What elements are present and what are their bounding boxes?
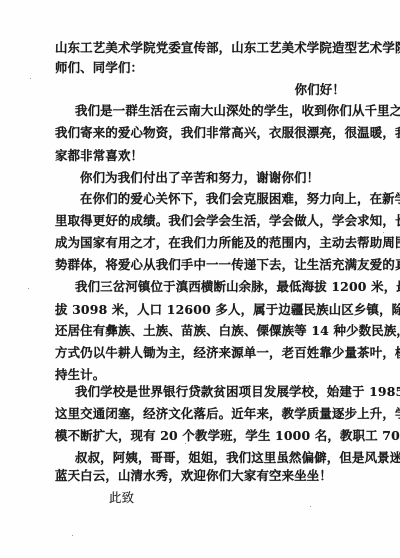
paragraph-line: 在你们的爱心关怀下，我们会克服困难，努力向上，在新学期 <box>80 191 352 207</box>
paragraph-line: 持生计。 <box>55 367 347 383</box>
scan-speck <box>28 288 29 289</box>
paragraph-line: 家都非常喜欢！ <box>55 148 347 164</box>
salutation-line-2: 师们、同学们： <box>55 60 347 76</box>
greeting: 你们好！ <box>295 82 345 98</box>
paragraph-line: 成为国家有用之才，在我们力所能及的范围内，主动去帮助周围的弱 <box>55 235 347 251</box>
paragraph-line: 我们学校是世界银行贷款贫困项目发展学校，始建于 1985 年。 <box>75 384 347 400</box>
paragraph-line: 还居住有彝族、土族、苗族、白族、傈僳族等 14 种少数民族，生产 <box>55 323 347 339</box>
scan-speck <box>310 506 311 507</box>
scan-speck <box>72 535 73 536</box>
paragraph-line: 你们为我们付出了辛苦和努力，谢谢你们！ <box>80 170 352 186</box>
salutation-line-1: 山东工艺美术学院党委宣传部，山东工艺美术学院造型艺术学院的老 <box>55 40 347 56</box>
paragraph-line: 势群体，将爱心从我们手中一一传递下去，让生活充满友爱的真情。 <box>55 257 347 273</box>
paragraph-line: 这里交通闭塞，经济文化落后。近年来，教学质量逐步上升，学校规 <box>55 406 347 422</box>
closing: 此致 <box>109 490 400 506</box>
scan-speck <box>383 232 384 233</box>
scan-speck <box>308 382 309 383</box>
paragraph-line: 蓝天白云，山清水秀，欢迎你们大家有空来坐坐！ <box>55 468 347 484</box>
paragraph-line: 我们三岔河镇位于滇西横断山余脉，最低海拔 1200 米，最高海 <box>75 279 347 295</box>
paragraph-line: 拔 3098 米，人口 12600 多人，属于边疆民族山区乡镇，除汉族外， <box>55 302 347 318</box>
scanned-letter-page: 山东工艺美术学院党委宣传部，山东工艺美术学院造型艺术学院的老 师们、同学们： 你… <box>0 0 400 558</box>
paragraph-line: 叔叔，阿姨，哥哥，姐姐，我们这里虽然偏僻，但是风景迷人， <box>75 450 347 466</box>
paragraph-line: 方式仍以牛耕人锄为主，经济来源单一，老百姓靠少量茶叶，核桃维 <box>55 345 347 361</box>
paragraph-line: 里取得更好的成绩。我们会学会生活，学会做人，学会求知，长大会 <box>55 213 347 229</box>
paragraph-line: 我们是一群生活在云南大山深处的学生，收到你们从千里之外给 <box>75 103 347 119</box>
scan-speck <box>185 443 186 444</box>
scan-speck <box>30 78 31 79</box>
paragraph-line: 模不断扩大，现有 20 个教学班，学生 1000 名，教职工 70 多名。 <box>55 428 347 444</box>
paragraph-line: 我们寄来的爱心物资，我们非常高兴，衣服很漂亮，很温暖，我们大 <box>55 125 347 141</box>
